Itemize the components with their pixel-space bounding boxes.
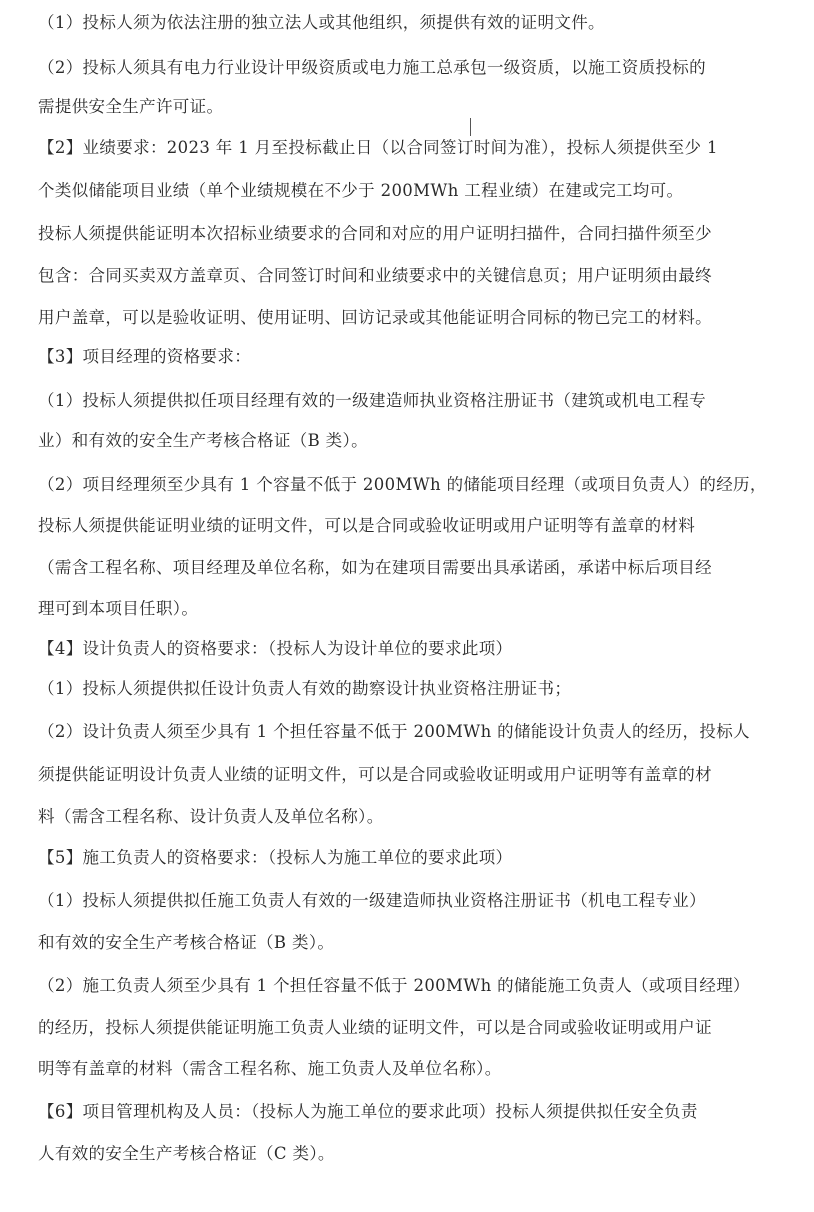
section-6-heading: 【6】项目管理机构及人员：（投标人为施工单位的要求此项）投标人须提供拟任安全负责 — [38, 1101, 783, 1123]
section-4-item-2-cont-1: 须提供能证明设计负责人业绩的证明文件，可以是合同或验收证明或用户证明等有盖章的材 — [38, 764, 783, 786]
text-cursor-mark — [470, 118, 471, 136]
requirement-line-1-2-cont: 需提供安全生产许可证。 — [38, 96, 783, 118]
section-3-heading: 【3】项目经理的资格要求： — [38, 346, 783, 368]
section-3-item-1: （1）投标人须提供拟任项目经理有效的一级建造师执业资格注册证书（建筑或机电工程专 — [38, 390, 783, 412]
section-4-item-2: （2）设计负责人须至少具有 1 个担任容量不低于 200MWh 的储能设计负责人… — [38, 721, 783, 743]
requirement-line-1-1: （1）投标人须为依法注册的独立法人或其他组织，须提供有效的证明文件。 — [38, 12, 783, 34]
document-page: （1）投标人须为依法注册的独立法人或其他组织，须提供有效的证明文件。 （2）投标… — [0, 0, 814, 1212]
section-3-item-2-cont-3: 理可到本项目任职）。 — [38, 598, 783, 620]
section-3-item-2-cont-2: （需含工程名称、项目经理及单位名称，如为在建项目需要出具承诺函，承诺中标后项目经 — [38, 557, 783, 579]
section-2-performance-cont: 个类似储能项目业绩（单个业绩规模在不少于 200MWh 工程业绩）在建或完工均可… — [38, 180, 783, 202]
section-5-item-1: （1）投标人须提供拟任施工负责人有效的一级建造师执业资格注册证书（机电工程专业） — [38, 890, 783, 912]
requirement-line-1-2: （2）投标人须具有电力行业设计甲级资质或电力施工总承包一级资质，以施工资质投标的 — [38, 57, 783, 79]
section-5-heading: 【5】施工负责人的资格要求：（投标人为施工单位的要求此项） — [38, 847, 783, 869]
section-6-cont: 人有效的安全生产考核合格证（C 类）。 — [38, 1143, 783, 1165]
section-4-item-1: （1）投标人须提供拟任设计负责人有效的勘察设计执业资格注册证书； — [38, 678, 783, 700]
section-2-evidence-line-3: 用户盖章，可以是验收证明、使用证明、回访记录或其他能证明合同标的物已完工的材料。 — [38, 307, 783, 329]
section-4-item-2-cont-2: 料（需含工程名称、设计负责人及单位名称）。 — [38, 806, 783, 828]
section-2-performance-heading: 【2】业绩要求：2023 年 1 月至投标截止日（以合同签订时间为准），投标人须… — [38, 137, 783, 159]
section-5-item-2-cont-1: 的经历，投标人须提供能证明施工负责人业绩的证明文件，可以是合同或验收证明或用户证 — [38, 1017, 783, 1039]
section-4-heading: 【4】设计负责人的资格要求：（投标人为设计单位的要求此项） — [38, 638, 783, 660]
section-3-item-2-cont-1: 投标人须提供能证明业绩的证明文件，可以是合同或验收证明或用户证明等有盖章的材料 — [38, 515, 783, 537]
section-3-item-2: （2）项目经理须至少具有 1 个容量不低于 200MWh 的储能项目经理（或项目… — [38, 474, 783, 496]
section-5-item-2: （2）施工负责人须至少具有 1 个担任容量不低于 200MWh 的储能施工负责人… — [38, 975, 783, 997]
section-5-item-2-cont-2: 明等有盖章的材料（需含工程名称、施工负责人及单位名称）。 — [38, 1058, 783, 1080]
section-2-evidence-line-1: 投标人须提供能证明本次招标业绩要求的合同和对应的用户证明扫描件，合同扫描件须至少 — [38, 223, 783, 245]
section-2-evidence-line-2: 包含：合同买卖双方盖章页、合同签订时间和业绩要求中的关键信息页；用户证明须由最终 — [38, 265, 783, 287]
section-5-item-1-cont: 和有效的安全生产考核合格证（B 类）。 — [38, 932, 783, 954]
section-3-item-1-cont: 业）和有效的安全生产考核合格证（B 类）。 — [38, 430, 783, 452]
